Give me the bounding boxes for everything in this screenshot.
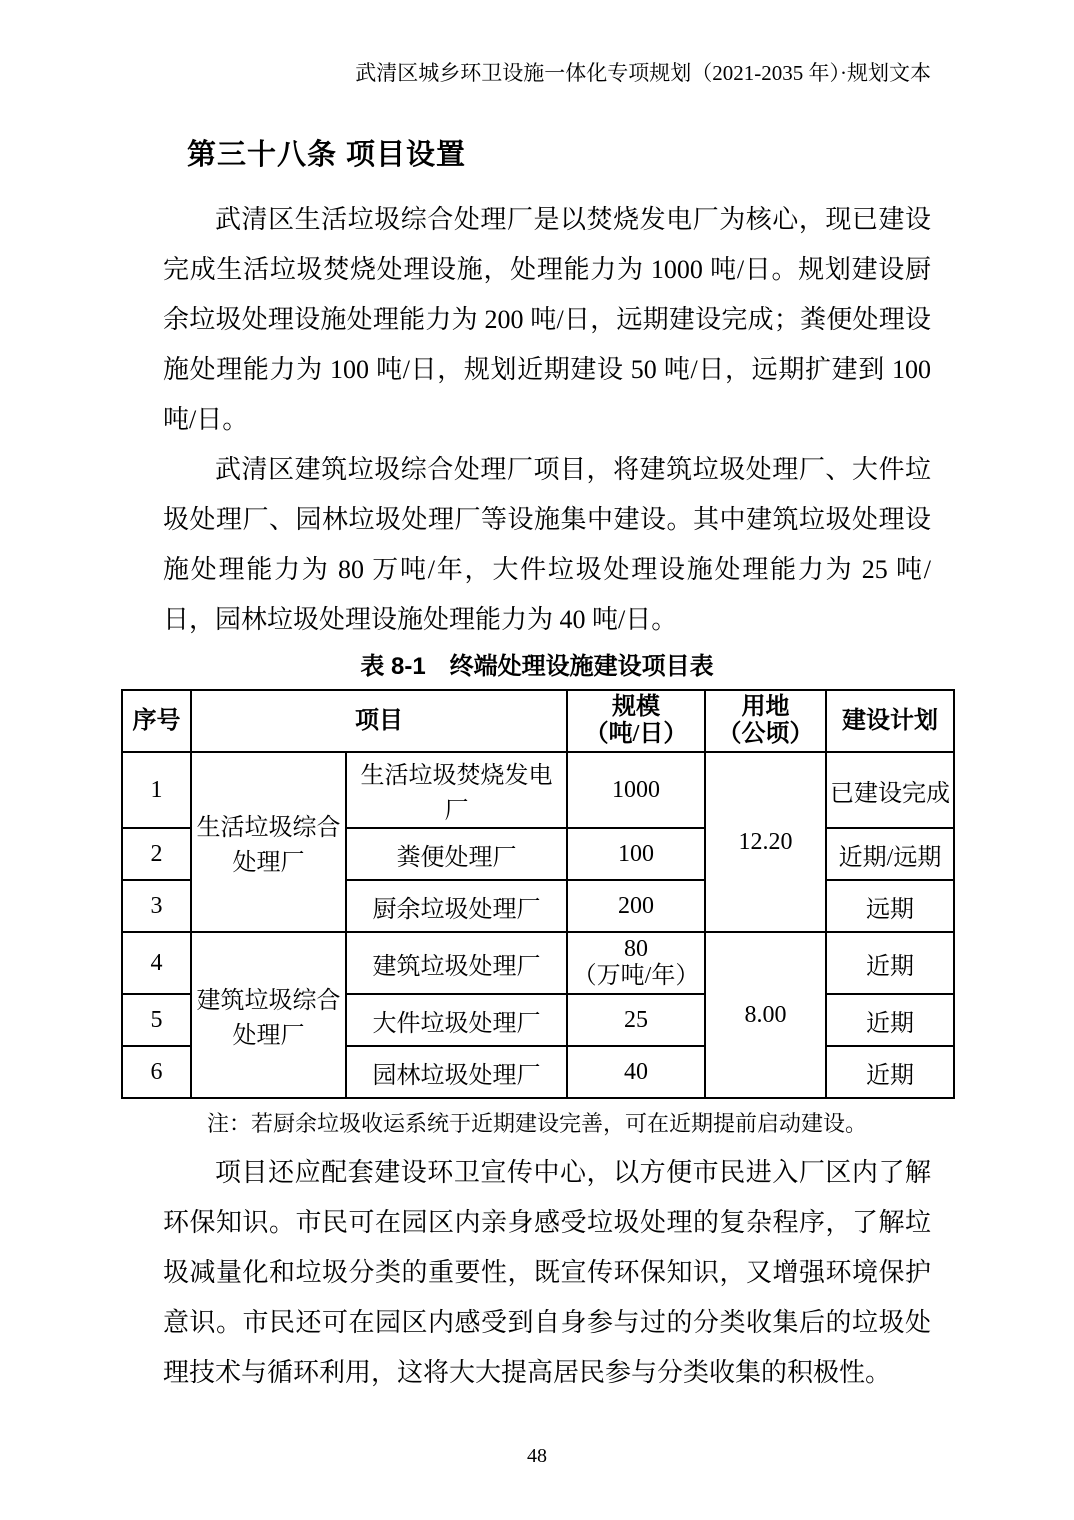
section-title: 第三十八条 项目设置 bbox=[187, 132, 931, 173]
cell-land-domestic: 12.20 bbox=[705, 752, 826, 932]
cell-index: 4 bbox=[122, 932, 191, 994]
paragraph-1: 武清区生活垃圾综合处理厂是以焚烧发电厂为核心，现已建设完成生活垃圾焚烧处理设施，… bbox=[163, 195, 931, 445]
table-caption: 表 8-1 终端处理设施建设项目表 bbox=[121, 645, 953, 689]
cell-index: 1 bbox=[122, 752, 191, 828]
cell-item: 生活垃圾焚烧发电厂 bbox=[346, 752, 567, 828]
col-header-land: 用地 （公顷） bbox=[705, 690, 826, 752]
running-header: 武清区城乡环卫设施一体化专项规划（2021-2035 年）·规划文本 bbox=[0, 0, 931, 86]
cell-scale-unit: （万吨/年） bbox=[570, 963, 702, 990]
cell-item: 园林垃圾处理厂 bbox=[346, 1046, 567, 1098]
paragraph-3: 项目还应配套建设环卫宣传中心，以方便市民进入厂区内了解环保知识。市民可在园区内亲… bbox=[163, 1148, 931, 1398]
col-header-plan: 建设计划 bbox=[826, 690, 954, 752]
cell-scale: 25 bbox=[567, 994, 705, 1046]
cell-item: 大件垃圾处理厂 bbox=[346, 994, 567, 1046]
page-content: 第三十八条 项目设置 武清区生活垃圾综合处理厂是以焚烧发电厂为核心，现已建设完成… bbox=[163, 132, 931, 1398]
facilities-table: 序号 项目 规模 （吨/日） 用地 （公顷） 建设计划 bbox=[121, 689, 955, 1099]
cell-scale: 1000 bbox=[567, 752, 705, 828]
cell-scale: 80 （万吨/年） bbox=[567, 932, 705, 994]
cell-plan: 远期 bbox=[826, 880, 954, 932]
col-header-index: 序号 bbox=[122, 690, 191, 752]
cell-plan: 近期 bbox=[826, 1046, 954, 1098]
cell-group-domestic: 生活垃圾综合处理厂 bbox=[191, 752, 346, 932]
cell-item: 粪便处理厂 bbox=[346, 828, 567, 880]
col-header-project: 项目 bbox=[191, 690, 567, 752]
col-header-land-line1: 用地 bbox=[708, 694, 823, 721]
facilities-table-block: 表 8-1 终端处理设施建设项目表 序号 项目 规模 bbox=[121, 645, 953, 1099]
page-number: 48 bbox=[0, 1445, 1074, 1468]
table-row-4: 4 建筑垃圾综合处理厂 建筑垃圾处理厂 80 （万吨/年） 8.00 近期 bbox=[122, 932, 954, 994]
cell-scale: 40 bbox=[567, 1046, 705, 1098]
cell-scale: 200 bbox=[567, 880, 705, 932]
cell-index: 5 bbox=[122, 994, 191, 1046]
cell-scale: 100 bbox=[567, 828, 705, 880]
paragraph-2: 武清区建筑垃圾综合处理厂项目，将建筑垃圾处理厂、大件垃圾处理厂、园林垃圾处理厂等… bbox=[163, 445, 931, 645]
col-header-scale-line2: （吨/日） bbox=[570, 721, 702, 748]
cell-plan: 近期/远期 bbox=[826, 828, 954, 880]
cell-item: 建筑垃圾处理厂 bbox=[346, 932, 567, 994]
cell-plan: 近期 bbox=[826, 932, 954, 994]
document-page: 武清区城乡环卫设施一体化专项规划（2021-2035 年）·规划文本 第三十八条… bbox=[0, 0, 1074, 1520]
col-header-land-line2: （公顷） bbox=[708, 721, 823, 748]
cell-index: 3 bbox=[122, 880, 191, 932]
col-header-scale-line1: 规模 bbox=[570, 694, 702, 721]
cell-plan: 已建设完成 bbox=[826, 752, 954, 828]
cell-group-construction: 建筑垃圾综合处理厂 bbox=[191, 932, 346, 1098]
table-row-1: 1 生活垃圾综合处理厂 生活垃圾焚烧发电厂 1000 12.20 已建设完成 bbox=[122, 752, 954, 828]
table-note: 注：若厨余垃圾收运系统于近期建设完善，可在近期提前启动建设。 bbox=[163, 1109, 931, 1139]
cell-plan: 近期 bbox=[826, 994, 954, 1046]
cell-index: 2 bbox=[122, 828, 191, 880]
cell-land-construction: 8.00 bbox=[705, 932, 826, 1098]
cell-scale-value: 80 bbox=[570, 936, 702, 963]
cell-index: 6 bbox=[122, 1046, 191, 1098]
col-header-scale: 规模 （吨/日） bbox=[567, 690, 705, 752]
table-header-row: 序号 项目 规模 （吨/日） 用地 （公顷） 建设计划 bbox=[122, 690, 954, 752]
cell-item: 厨余垃圾处理厂 bbox=[346, 880, 567, 932]
